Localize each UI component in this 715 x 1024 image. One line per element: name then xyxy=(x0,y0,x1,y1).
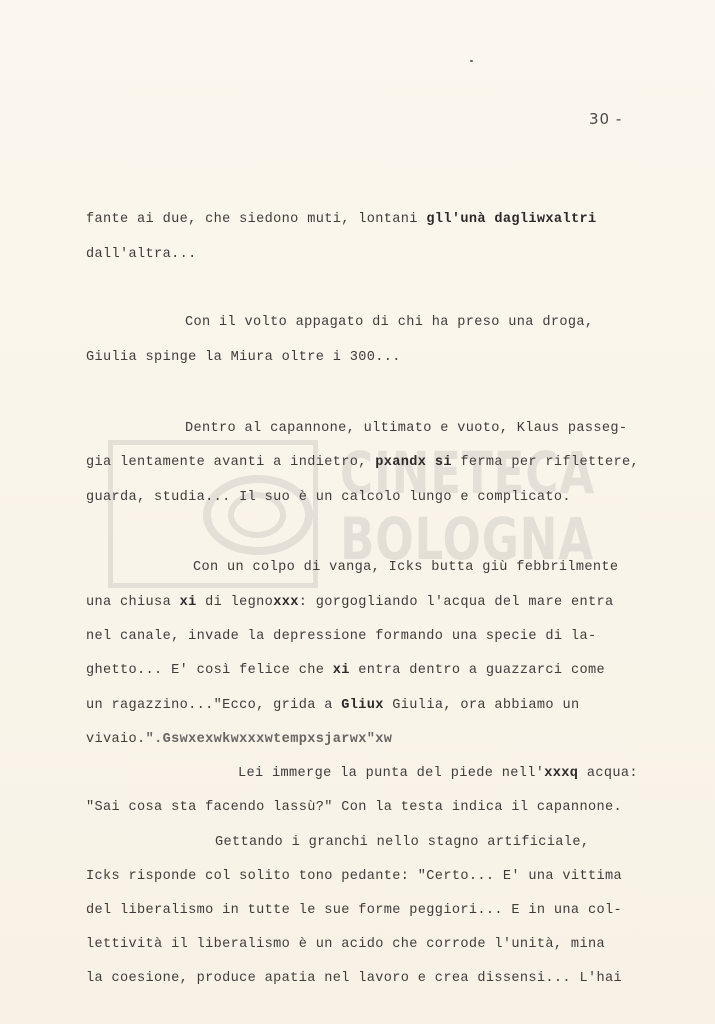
paragraph-first-line: Dentro al capannone, ultimato e vuoto, K… xyxy=(185,421,627,436)
typewritten-page: 30 - CINETECA BOLOGNA fante ai due, che … xyxy=(0,0,715,1024)
text: del liberalismo in tutte le sue forme pe… xyxy=(86,903,622,918)
text-line: una chiusa xi di legnoxxx: gorgogliando … xyxy=(86,595,614,610)
text: Giulia, ora abbiamo un xyxy=(384,698,580,713)
struck-out-text: Gliux xyxy=(341,698,384,713)
text: nel canale, invade la depressione forman… xyxy=(86,629,596,644)
text: fante ai due, che siedono muti, lontani xyxy=(86,212,426,227)
text-line: gia lentamente avanti a indietro, pxandx… xyxy=(86,455,639,470)
text-line: vivaio.".Gswxexwkwxxxwtempxsjarwx"xw xyxy=(86,732,392,747)
text-line: Giulia spinge la Miura oltre i 300... xyxy=(86,350,401,365)
text-line: la coesione, produce apatia nel lavoro e… xyxy=(86,971,622,986)
struck-out-text: xxxq xyxy=(544,766,578,781)
ink-speck xyxy=(470,60,473,62)
struck-out-text: xi xyxy=(180,595,197,610)
text: : gorgogliando l'acqua del mare entra xyxy=(299,595,614,610)
paragraph-first-line: Gettando i granchi nello stagno artifici… xyxy=(215,835,589,850)
text: guarda, studia... Il suo è un calcolo lu… xyxy=(86,490,571,505)
watermark-lens-icon xyxy=(203,475,313,555)
paragraph-first-line: Con il volto appagato di chi ha preso un… xyxy=(185,315,593,330)
text-line: nel canale, invade la depressione forman… xyxy=(86,629,596,644)
text: acqua: xyxy=(578,766,638,781)
text: ghetto... E' così felice che xyxy=(86,663,333,678)
text: Giulia spinge la Miura oltre i 300... xyxy=(86,350,401,365)
text: una chiusa xyxy=(86,595,180,610)
text-line: dall'altra... xyxy=(86,247,197,262)
text-line: lettività il liberalismo è un acido che … xyxy=(86,937,605,952)
paragraph-first-line: Con un colpo di vanga, Icks butta giù fe… xyxy=(193,560,618,575)
struck-out-text: pxandx si xyxy=(375,455,452,470)
text: la coesione, produce apatia nel lavoro e… xyxy=(86,971,622,986)
text: vivaio. xyxy=(86,732,146,747)
text: "Sai cosa sta facendo lassù?" Con la tes… xyxy=(86,800,622,815)
paragraph-first-line: Lei immerge la punta del piede nell'xxxq… xyxy=(238,766,638,781)
page-number: 30 - xyxy=(589,110,622,128)
text-line: Icks risponde col solito tono pedante: "… xyxy=(86,869,622,884)
text: ferma per riflettere, xyxy=(452,455,639,470)
text: Gettando i granchi nello stagno artifici… xyxy=(215,835,589,850)
struck-out-text: xi xyxy=(333,663,350,678)
text: Dentro al capannone, ultimato e vuoto, K… xyxy=(185,421,627,436)
text-line: "Sai cosa sta facendo lassù?" Con la tes… xyxy=(86,800,622,815)
text-line: del liberalismo in tutte le sue forme pe… xyxy=(86,903,622,918)
text-line: guarda, studia... Il suo è un calcolo lu… xyxy=(86,490,571,505)
struck-out-text: gll'unà dagliwxaltri xyxy=(426,212,596,227)
text: un ragazzino..."Ecco, grida a xyxy=(86,698,341,713)
text: Lei immerge la punta del piede nell' xyxy=(238,766,544,781)
text: dall'altra... xyxy=(86,247,197,262)
text: Con un colpo di vanga, Icks butta giù fe… xyxy=(193,560,618,575)
struck-out-text: xxx xyxy=(273,595,299,610)
text: gia lentamente avanti a indietro, xyxy=(86,455,375,470)
text-line: un ragazzino..."Ecco, grida a Gliux Giul… xyxy=(86,698,579,713)
struck-out-text: ".Gswxexwkwxxxwtempxsjarwx"xw xyxy=(146,732,393,747)
text: lettività il liberalismo è un acido che … xyxy=(86,937,605,952)
text: Icks risponde col solito tono pedante: "… xyxy=(86,869,622,884)
text: Con il volto appagato di chi ha preso un… xyxy=(185,315,593,330)
text: di legno xyxy=(197,595,274,610)
text: entra dentro a guazzarci come xyxy=(350,663,605,678)
text-line: ghetto... E' così felice che xi entra de… xyxy=(86,663,605,678)
text-line: fante ai due, che siedono muti, lontani … xyxy=(86,212,596,227)
